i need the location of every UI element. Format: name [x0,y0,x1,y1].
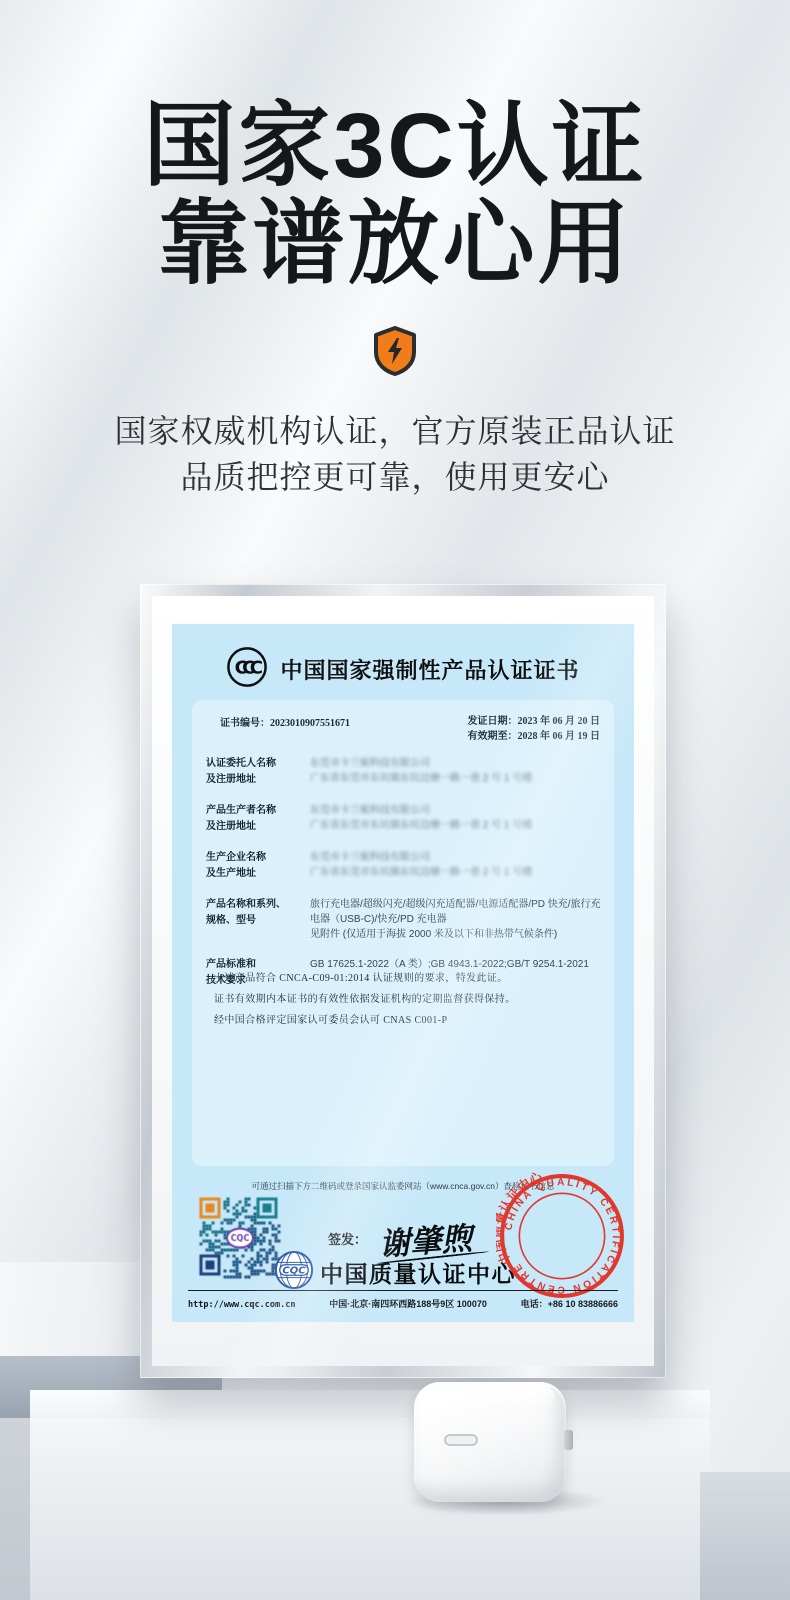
valid-until: 有效期至：2028 年 06 月 19 日 [468,729,601,744]
field-product-name: 产品名称和系列、规格、型号 旅行充电器/超级闪充/超级闪充适配器/电源适配器/P… [206,897,604,942]
issue-date: 发证日期：2023 年 06 月 20 日 [468,714,601,729]
ccc-logo-text: CCC [235,658,263,679]
footer-phone: 电话：+86 10 83886666 [521,1297,618,1310]
frame-white-mat: CCC 中国国家强制性产品认证证书 证书编号：2023010907551671 … [152,596,654,1366]
glass-frame: CCC 中国国家强制性产品认证证书 证书编号：2023010907551671 … [140,584,666,1378]
charger-pin [564,1430,573,1450]
cqc-logo-text: CQC [282,1265,306,1276]
note-line-2: 证书有效期内本证书的有效性依据发证机构的定期监督获得保持。 [214,989,516,1010]
footer-url: http://www.cqc.com.cn [188,1300,295,1310]
certificate-title: 中国国家强制性产品认证证书 [280,654,579,685]
shield-lightning-icon [372,326,418,381]
hero-subtitle-line2: 品质把控更可靠，使用更安心 [0,452,790,498]
right-step-block [700,1472,790,1600]
certificate-info-panel: 证书编号：2023010907551671 发证日期：2023 年 06 月 2… [192,700,614,1166]
usb-c-charger [414,1382,566,1502]
sign-label: 签发： [328,1229,367,1248]
hero-subtitle-line1: 国家权威机构认证，官方原装正品认证 [0,406,790,452]
promo-page: 国家3C认证 靠谱放心用 国家权威机构认证，官方原装正品认证 品质把控更可靠，使… [0,0,790,1600]
certificate-paper: CCC 中国国家强制性产品认证证书 证书编号：2023010907551671 … [172,624,634,1322]
note-line-3: 经中国合格评定国家认可委员会认可 CNAS C001-P [214,1010,516,1031]
cqc-logo-icon: CQC [274,1250,314,1295]
field-manufacturer: 产品生产者名称及注册地址 东莞市卡兰妮科技有限公司广东省东莞市东坑镇东坑边塘一路… [206,803,604,835]
ccc-logo-icon: CCC [226,646,268,693]
usb-c-port [444,1434,478,1446]
qr-code [198,1196,282,1280]
field-factory: 生产企业名称及生产地址 东莞市卡兰妮科技有限公司广东省东莞市东坑镇东坑边塘一路一… [206,850,604,882]
note-line-1: 上述产品符合 CNCA-C09-01:2014 认证规则的要求，特发此证。 [214,968,516,989]
issuer-name: 中国质量认证中心 [320,1256,516,1289]
hero-title-line1: 国家3C认证 [0,100,790,192]
footer-address: 中国·北京·南四环西路188号9区 100070 [329,1297,487,1310]
hero-title-line2: 靠谱放心用 [0,198,790,290]
certificate-number: 证书编号：2023010907551671 [220,714,350,744]
field-applicant: 认证委托人名称及注册地址 东莞市卡兰妮科技有限公司广东省东莞市东坑镇东坑边塘一路… [206,756,604,788]
pedestal-top-surface [30,1390,710,1420]
